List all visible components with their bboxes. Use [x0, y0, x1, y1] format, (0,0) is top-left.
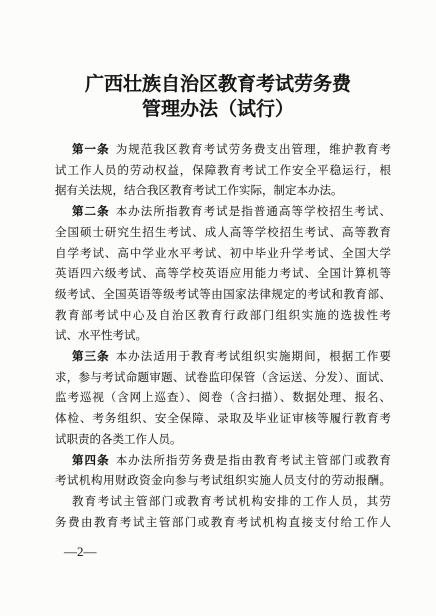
document-line: 第三条本办法适用于教育考试组织实施期间，根据工作要	[55, 347, 391, 368]
line-text: 求，参与考试命题审题、试卷监印保管（含运送、分发）、面试、	[55, 372, 391, 384]
page-number: —2—	[64, 544, 97, 560]
document-line: 据有关法规，结合我区教育考试工作实际，制定本办法。	[55, 181, 391, 202]
line-text: 本办法所指教育考试是指普通高等学校招生考试、	[116, 206, 391, 218]
scanned-document-page: 广西壮族自治区教育考试劳务费 管理办法（试行） 第一条为规范我区教育考试劳务费支…	[0, 0, 436, 616]
document-title-line1: 广西壮族自治区教育考试劳务费	[0, 72, 436, 97]
document-line: 教育部考试中心及自治区教育行政部门组织实施的选拔性考	[55, 306, 391, 327]
document-title-line2: 管理办法（试行）	[0, 97, 436, 122]
document-line: 全国硕士研究生招生考试、成人高等学校招生考试、高等教育	[55, 223, 391, 244]
line-text: 级考试、全国英语等级考试等由国家法律规定的考试和教育部、	[55, 289, 391, 301]
document-line: 英语四六级考试、高等学校英语应用能力考试、全国计算机等	[55, 264, 391, 285]
document-line: 试职责的各类工作人员。	[55, 430, 391, 451]
document-line: 试、水平性考试。	[55, 326, 391, 347]
line-text: 英语四六级考试、高等学校英语应用能力考试、全国计算机等	[55, 268, 391, 280]
document-title: 广西壮族自治区教育考试劳务费 管理办法（试行）	[0, 72, 436, 122]
line-text: 务费由教育考试主管部门或教育考试机构直接支付给工作人	[55, 517, 391, 529]
article-number-label: 第三条	[72, 351, 110, 363]
line-text: 试、水平性考试。	[55, 330, 147, 342]
document-line: 级考试、全国英语等级考试等由国家法律规定的考试和教育部、	[55, 285, 391, 306]
line-text: 教育考试主管部门或教育考试机构安排的工作人员，其劳	[72, 496, 391, 508]
line-text: 监考巡视（含网上巡查）、阅卷（含扫描）、数据处理、报名、	[55, 392, 391, 404]
document-line: 考试机构用财政资金向参与考试组织实施人员支付的劳动报酬。	[55, 471, 391, 492]
article-number-label: 第二条	[72, 206, 110, 218]
line-text: 为规范我区教育考试劳务费支出管理，维护教育考	[116, 144, 391, 156]
document-line: 第一条为规范我区教育考试劳务费支出管理，维护教育考	[55, 140, 391, 161]
line-text: 本办法适用于教育考试组织实施期间，根据工作要	[116, 351, 391, 363]
document-line: 试工作人员的劳动权益，保障教育考试工作安全平稳运行，根	[55, 161, 391, 182]
line-text: 考试机构用财政资金向参与考试组织实施人员支付的劳动报酬。	[55, 475, 391, 487]
line-text: 试职责的各类工作人员。	[55, 434, 182, 446]
line-text: 据有关法规，结合我区教育考试工作实际，制定本办法。	[55, 185, 343, 197]
line-text: 本办法所指劳务费是指由教育考试主管部门或教育	[116, 455, 391, 467]
line-text: 体检、考务组织、安全保障、录取及毕业证审核等履行教育考	[55, 413, 391, 425]
document-line: 自学考试、高中学业水平考试、初中毕业升学考试、全国大学	[55, 244, 391, 265]
document-line: 务费由教育考试主管部门或教育考试机构直接支付给工作人	[55, 513, 391, 534]
line-text: 教育部考试中心及自治区教育行政部门组织实施的选拔性考	[55, 310, 391, 322]
document-line: 第二条本办法所指教育考试是指普通高等学校招生考试、	[55, 202, 391, 223]
line-text: 自学考试、高中学业水平考试、初中毕业升学考试、全国大学	[55, 248, 391, 260]
article-number-label: 第一条	[72, 144, 110, 156]
article-number-label: 第四条	[72, 455, 110, 467]
document-line: 监考巡视（含网上巡查）、阅卷（含扫描）、数据处理、报名、	[55, 388, 391, 409]
document-line: 体检、考务组织、安全保障、录取及毕业证审核等履行教育考	[55, 409, 391, 430]
document-body: 第一条为规范我区教育考试劳务费支出管理，维护教育考 试工作人员的劳动权益，保障教…	[55, 140, 391, 533]
line-text: 全国硕士研究生招生考试、成人高等学校招生考试、高等教育	[55, 227, 391, 239]
document-line: 第四条本办法所指劳务费是指由教育考试主管部门或教育	[55, 451, 391, 472]
document-line: 求，参与考试命题审题、试卷监印保管（含运送、分发）、面试、	[55, 368, 391, 389]
line-text: 试工作人员的劳动权益，保障教育考试工作安全平稳运行，根	[55, 165, 391, 177]
document-line: 教育考试主管部门或教育考试机构安排的工作人员，其劳	[55, 492, 391, 513]
